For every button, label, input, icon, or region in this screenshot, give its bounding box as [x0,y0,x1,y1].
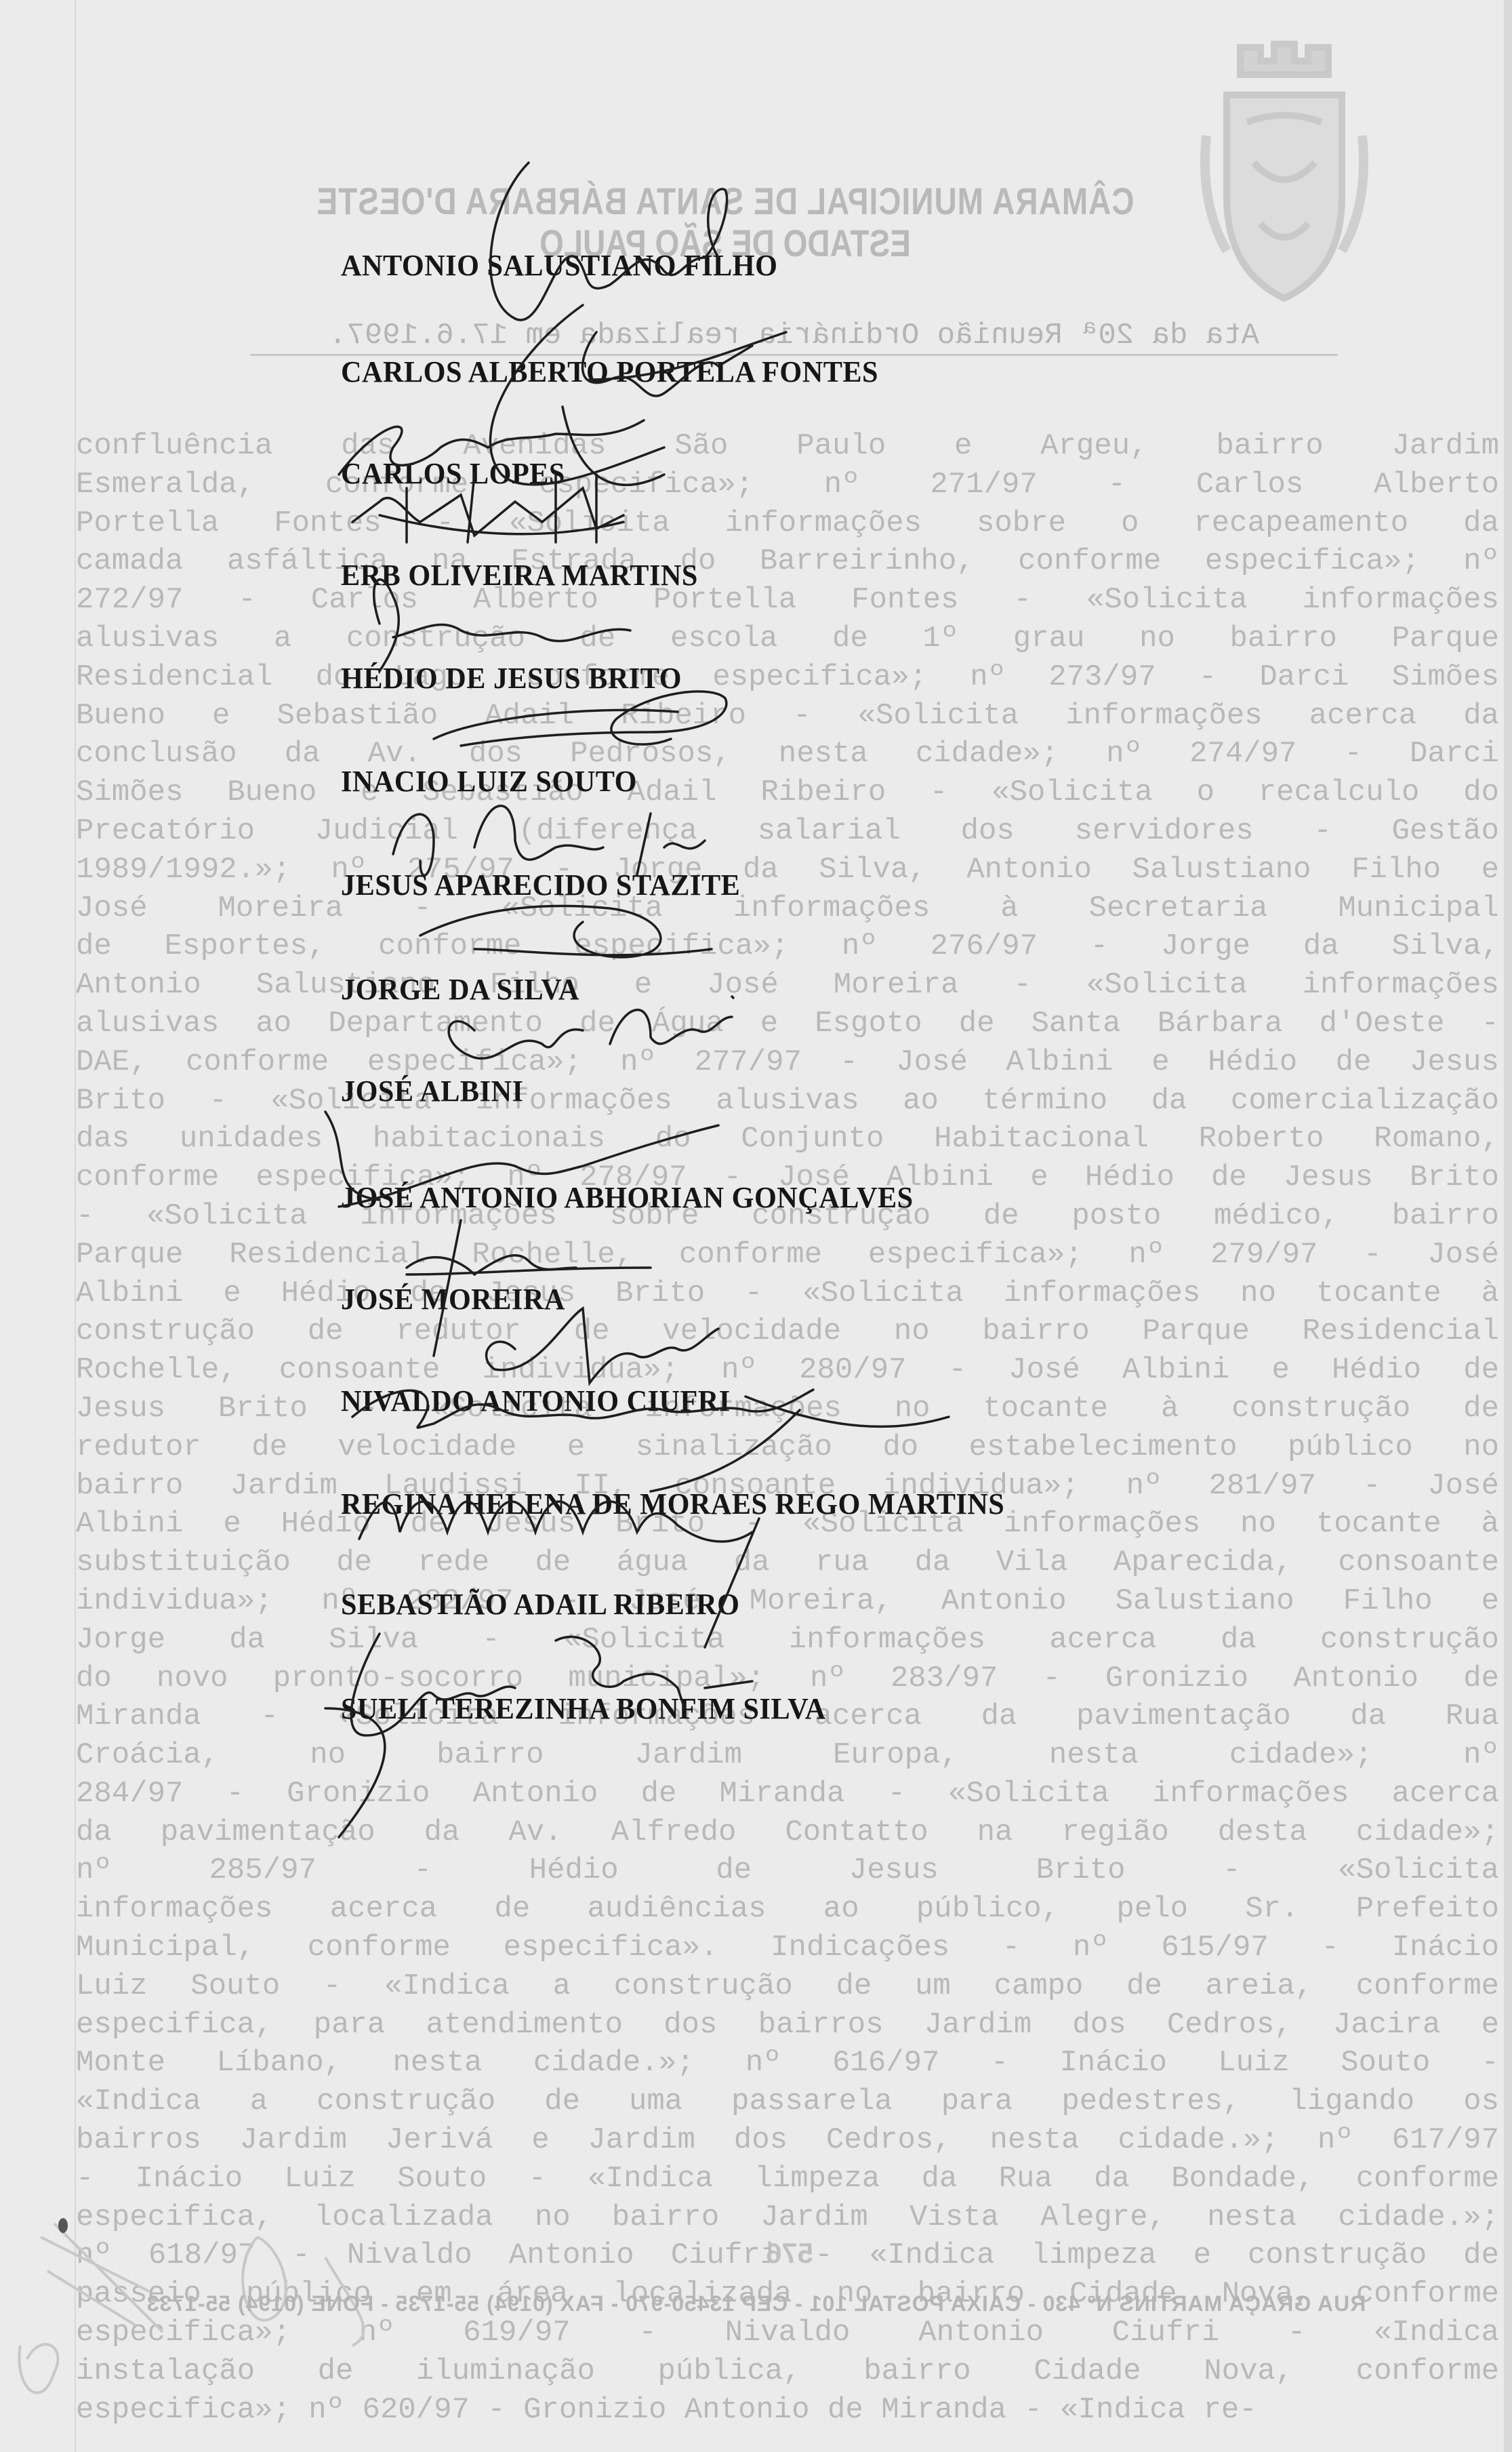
body-line: Jesus Brito - «Solicita informações no t… [76,1390,1499,1428]
minutes-title-bleed: Ata da 20ª Reunião Ordinária realizada e… [250,319,1338,356]
body-line: Albini e Hédio de Jesus Brito - «Solicit… [76,1274,1499,1313]
body-line: Precatório Judicial (diferença salarial … [76,812,1499,851]
body-line: 272/97 - Carlos Alberto Portella Fontes … [76,581,1499,620]
signatory-name: SEBASTIÃO ADAIL RIBEIRO [341,1587,740,1622]
body-line: alusivas a construção de escola de 1º gr… [76,620,1499,658]
body-line: Parque Residencial Rochelle, conforme es… [76,1236,1499,1274]
signatory-name: SUELI TEREZINHA BONFIM SILVA [341,1691,826,1726]
body-line: de Esportes, conforme especifica»; nº 27… [76,927,1499,966]
body-line: instalação de iluminação pública, bairro… [76,2352,1499,2391]
page-number-bleed: 576 [766,2237,813,2270]
signatory-name: CARLOS ALBERTO PORTELA FONTES [341,355,878,389]
body-line: camada asfáltica na Estrada do Barreirin… [76,542,1499,581]
body-line: Residencial do Lago, conforme especifica… [76,658,1499,697]
signatory-name: JOSÉ MOREIRA [341,1282,565,1317]
body-line: Portella Fontes - «Solicita informações … [76,504,1499,543]
body-line: construção de redutor de velocidade no b… [76,1312,1499,1351]
body-line: Luiz Souto - «Indica a construção de um … [76,1967,1499,2006]
signatory-name: REGINA HELENA DE MORAES REGO MARTINS [341,1487,1004,1521]
body-line: Antonio Salustiano Filho e José Moreira … [76,966,1499,1005]
signatory-name: JORGE DA SILVA [341,972,579,1007]
body-line: Simões Bueno e Sebastião Adail Ribeiro -… [76,773,1499,812]
body-line: bairros Jardim Jerivá e Jardim dos Cedro… [76,2121,1499,2160]
body-line: redutor de velocidade e sinalização do e… [76,1428,1499,1467]
body-line: individua»; nº 282/97 - José Moreira, An… [76,1582,1499,1621]
footer-address-bleed: RUA GRAÇA MARTINS Nº 430 - CAIXA POSTAL … [0,2291,1512,2316]
minutes-body-bleed: confluência das Avenidas São Paulo e Arg… [76,427,1499,2429]
signatory-name: JOSÉ ANTONIO ABHORIAN GONÇALVES [341,1180,914,1215]
body-line: Bueno e Sebastião Adail Ribeiro - «Solic… [76,697,1499,736]
body-line: conclusão da Av. dos Pedrosos, nesta cid… [76,735,1499,773]
body-line: especifica»; nº 620/97 - Gronizio Antoni… [76,2391,1499,2430]
signatory-name: JESUS APARECIDO STAZITE [341,868,740,902]
body-line: Brito - «Solicita informações alusivas a… [76,1082,1499,1121]
signatory-name: HÉDIO DE JESUS BRITO [341,661,682,696]
ink-dot [58,2218,68,2233]
body-line: substituição de rede de água da rua da V… [76,1544,1499,1582]
body-line: especifica, localizada no bairro Jardim … [76,2198,1499,2237]
body-line: Rochelle, consoante individua»; nº 280/9… [76,1351,1499,1390]
body-line: «Indica a construção de uma passarela pa… [76,2083,1499,2121]
body-line: informações acerca de audiências ao públ… [76,1890,1499,1929]
coat-of-arms-icon [1200,27,1369,312]
body-line: Municipal, conforme especifica». Indicaç… [76,1929,1499,1967]
signatory-name: JOSÉ ALBINI [341,1074,523,1108]
body-line: Esmeralda, conforme especifica»; nº 271/… [76,466,1499,504]
body-line: 284/97 - Gronizio Antonio de Miranda - «… [76,1775,1499,1813]
body-line: Monte Líbano, nesta cidade.»; nº 616/97 … [76,2044,1499,2083]
body-line: Croácia, no bairro Jardim Europa, nesta … [76,1736,1499,1775]
body-line: das unidades habitacionais do Conjunto H… [76,1120,1499,1159]
signatory-name: ANTONIO SALUSTIANO FILHO [341,248,777,283]
body-line: nº 285/97 - Hédio de Jesus Brito - «Soli… [76,1851,1499,1890]
body-line: confluência das Avenidas São Paulo e Arg… [76,427,1499,466]
body-line: Jorge da Silva - «Solicita informações a… [76,1621,1499,1660]
signatory-name: CARLOS LOPES [341,456,565,491]
signatory-name: INACIO LUIZ SOUTO [341,764,637,799]
body-line: DAE, conforme especifica»; nº 277/97 - J… [76,1043,1499,1082]
page-edge-right [1504,0,1512,2452]
body-line: José Moreira - «Solicita informações à S… [76,889,1499,928]
body-line: alusivas ao Departamento de Água e Esgot… [76,1005,1499,1043]
letterhead-line1: CÂMARA MUNICIPAL DE SANTA BÁRBARA D'OEST… [285,180,1166,224]
body-line: 1989/1992.»; nº 275/97 - Jorge da Silva,… [76,851,1499,889]
body-line: da pavimentação da Av. Alfredo Contatto … [76,1813,1499,1852]
signatory-name: ERB OLIVEIRA MARTINS [341,558,698,592]
body-line: especifica, para atendimento dos bairros… [76,2006,1499,2045]
body-line: - Inácio Luiz Souto - «Indica limpeza da… [76,2160,1499,2198]
body-line: especifica»; nº 619/97 - Nivaldo Antonio… [76,2314,1499,2352]
signatory-name: NIVALDO ANTONIO CIUFRI [341,1384,731,1418]
